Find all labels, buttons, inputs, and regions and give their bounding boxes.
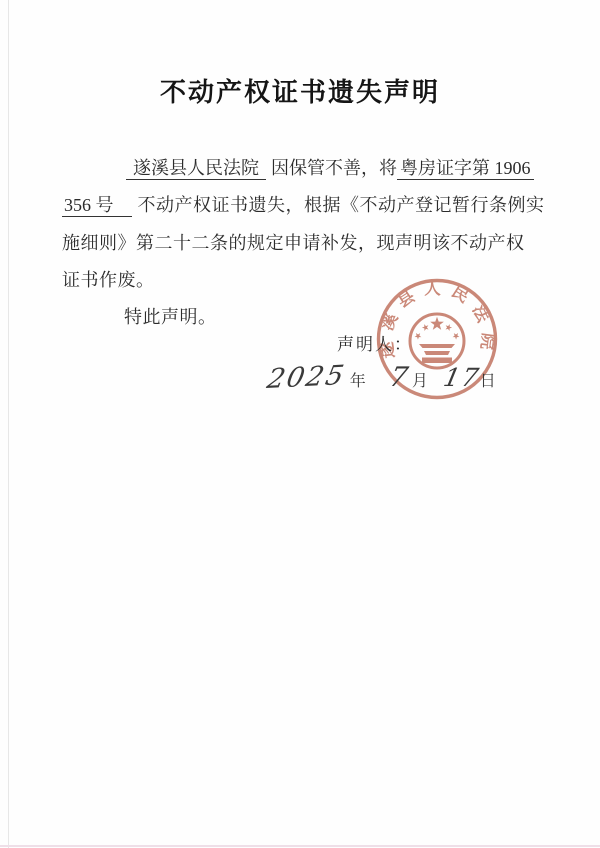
paragraph-line-4: 证书作废。 xyxy=(62,262,532,299)
gate-second-roof-shape xyxy=(424,351,450,355)
scan-edge-left xyxy=(8,0,9,848)
document-title: 不动产权证书遗失声明 xyxy=(0,72,600,109)
paragraph-line-2: 356 号不动产权证书遗失，根据《不动产登记暂行条例实 xyxy=(62,187,532,224)
closing-statement: 特此声明。 xyxy=(124,299,532,336)
scan-edge-bottom xyxy=(0,845,600,847)
gate-roof-shape xyxy=(419,344,455,348)
declarant-label: 声明人： xyxy=(337,330,413,355)
date-year: 2025 xyxy=(265,360,349,395)
date-day-unit: 日 xyxy=(480,368,496,391)
date-month-unit: 月 xyxy=(412,368,428,391)
declaration-paragraph: 遂溪县人民法院因保管不善，将粤房证字第 1906 356 号不动产权证书遗失，根… xyxy=(62,150,532,336)
holder-name-blank: 遂溪县人民法院 xyxy=(126,157,266,180)
certificate-number-blank-part1: 粤房证字第 1906 xyxy=(397,157,534,180)
date-month: 7 xyxy=(386,362,412,393)
certificate-number-blank-part2: 356 号 xyxy=(62,194,132,217)
handwritten-date: 2025 年 7 月 17 日 xyxy=(268,362,496,393)
date-year-unit: 年 xyxy=(350,368,366,391)
paragraph-line-1: 遂溪县人民法院因保管不善，将粤房证字第 1906 xyxy=(62,150,532,187)
paragraph-line-3: 施细则》第二十二条的规定申请补发，现声明该不动产权 xyxy=(62,225,532,262)
date-day: 17 xyxy=(441,363,483,392)
paragraph-text-2: 不动产权证书遗失，根据《不动产登记暂行条例实 xyxy=(138,195,545,215)
paragraph-text-1: 因保管不善，将 xyxy=(271,158,397,178)
scanned-document-page: 不动产权证书遗失声明 遂溪县人民法院因保管不善，将粤房证字第 1906 356 … xyxy=(0,0,600,848)
